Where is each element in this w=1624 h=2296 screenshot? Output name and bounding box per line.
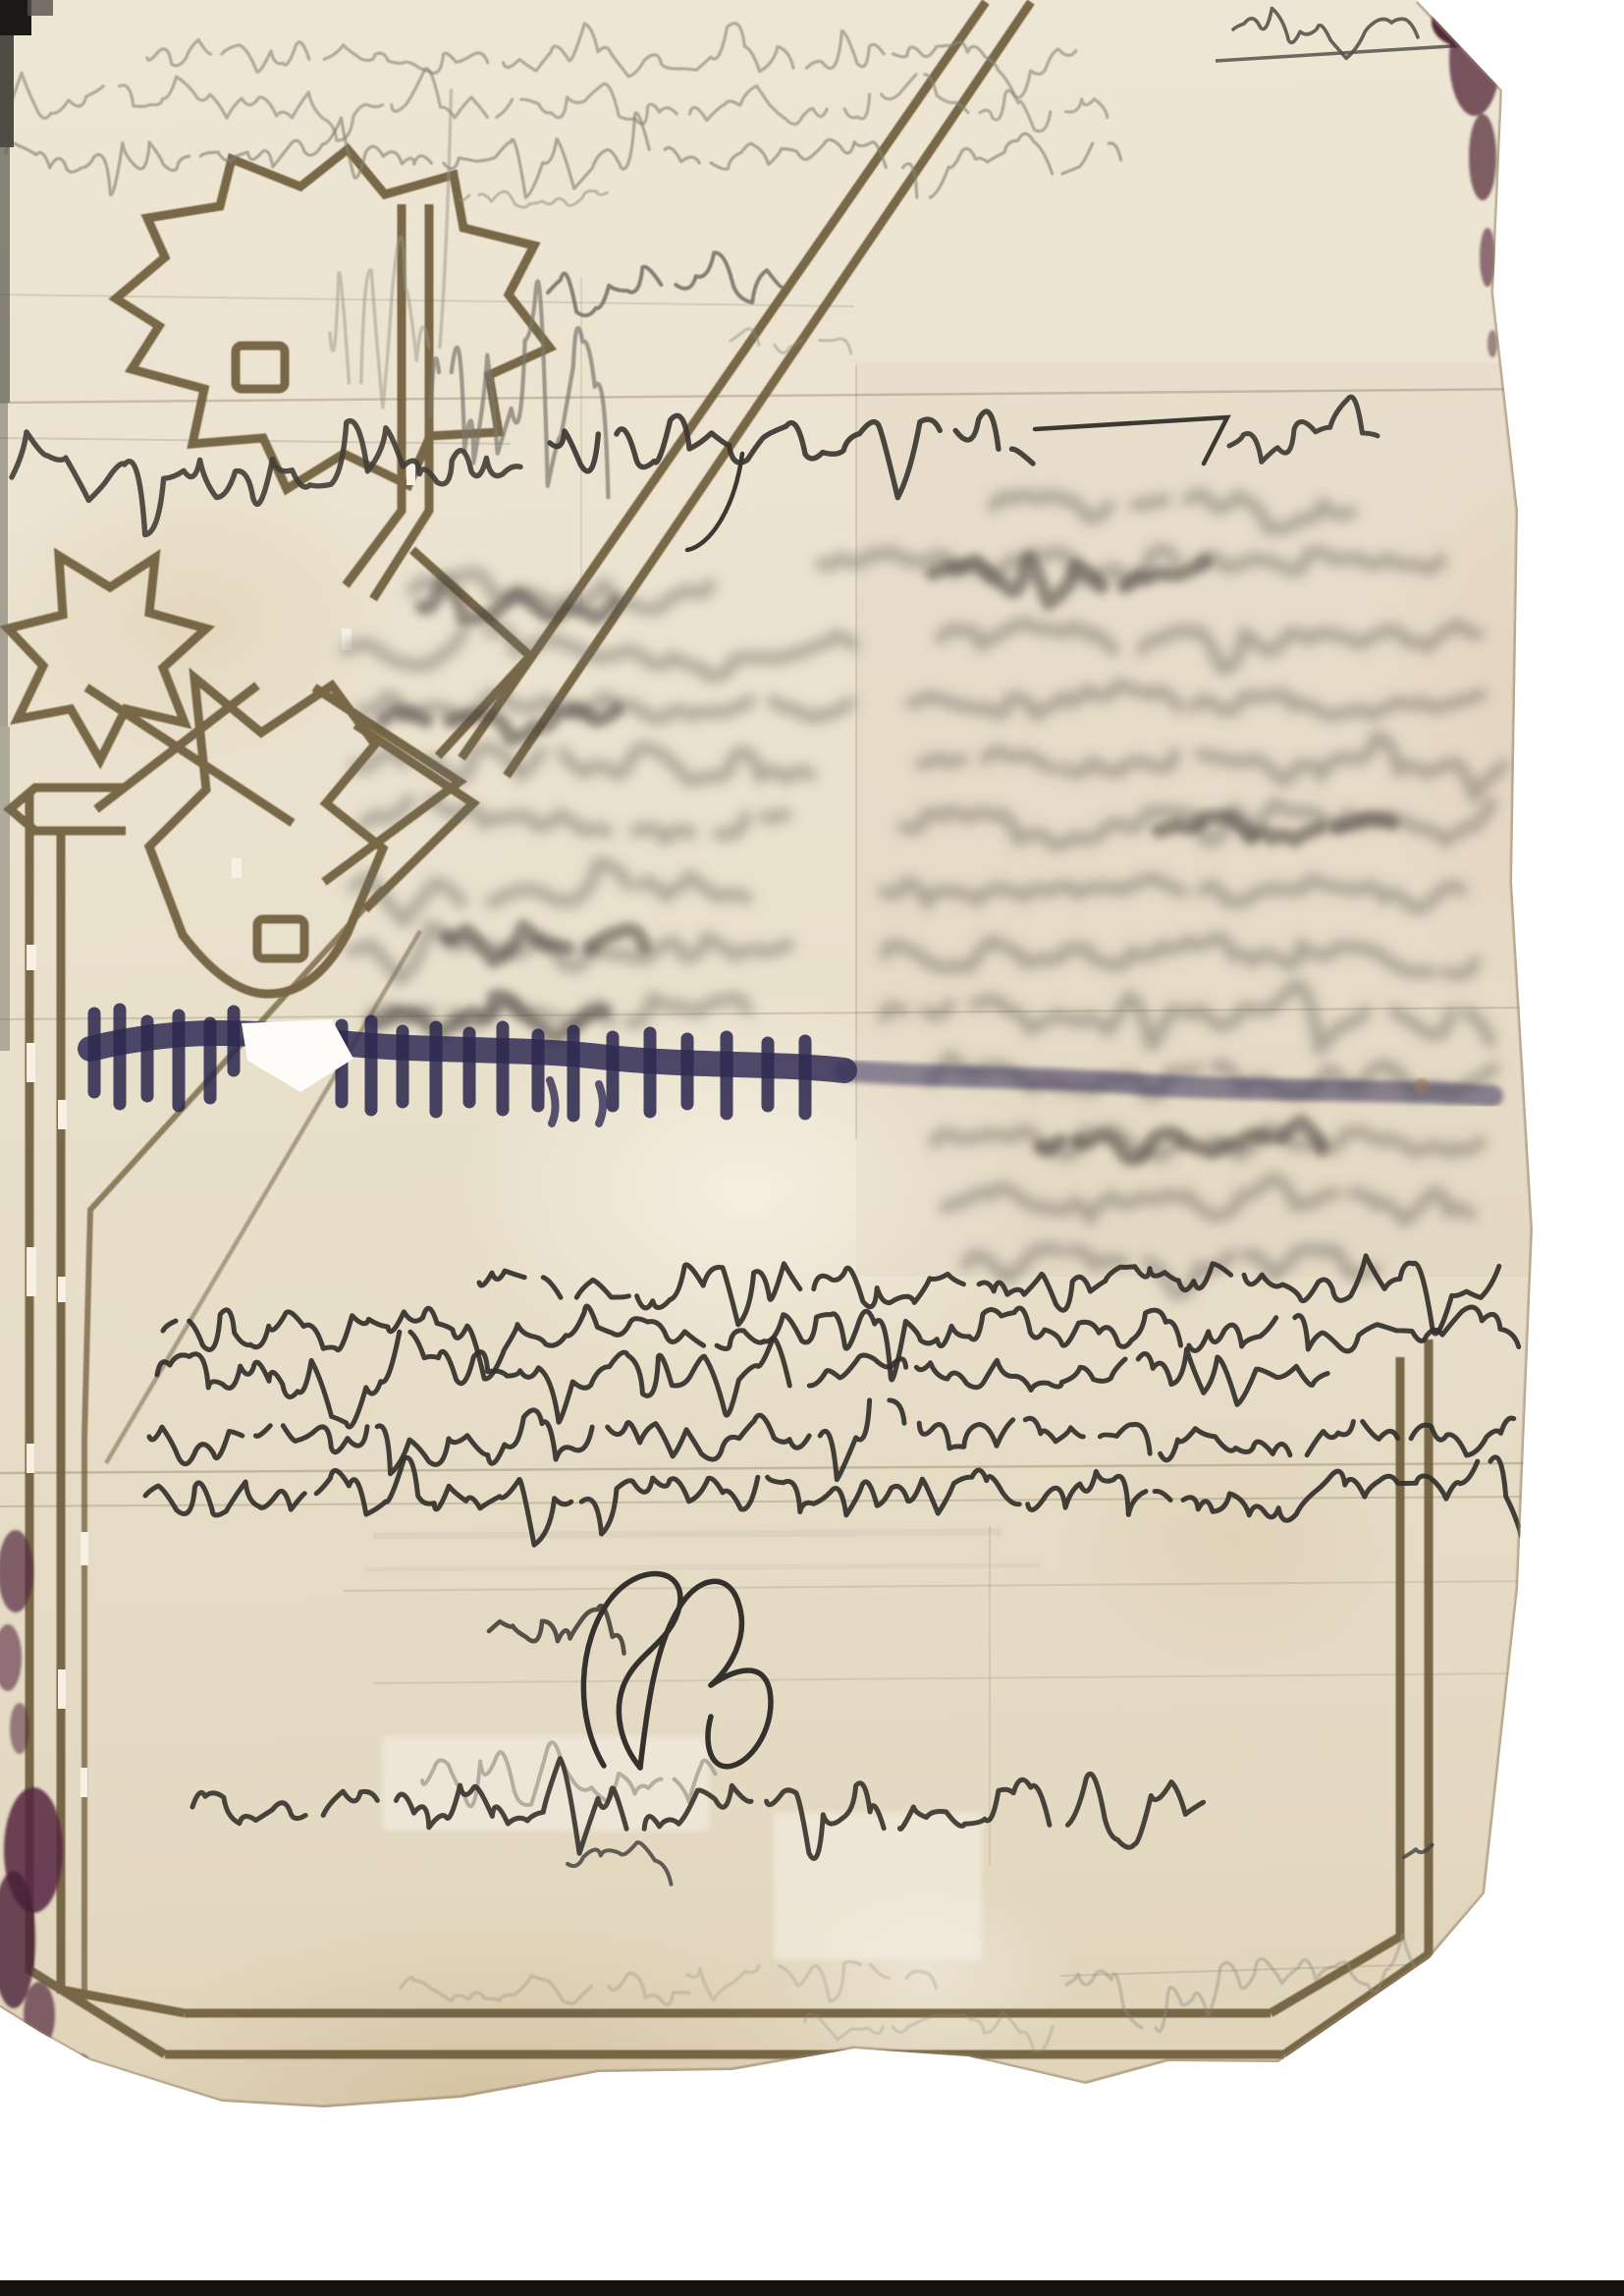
ink-smear-band bbox=[90, 1010, 1492, 1123]
body-line bbox=[163, 1306, 1519, 1380]
scanner-corner-mark bbox=[27, 0, 53, 16]
scan-artwork bbox=[0, 0, 1624, 2296]
scanner-edge-strip bbox=[0, 727, 10, 1051]
blurred-paragraph bbox=[346, 494, 1504, 1293]
ornament-trunk bbox=[346, 204, 429, 599]
scanner-edge-strip bbox=[0, 403, 8, 727]
scanner-bottom-bar bbox=[0, 2280, 1624, 2296]
signature-flourish bbox=[583, 1574, 771, 1768]
ornament-blossom-top bbox=[116, 149, 550, 489]
scanned-letter: Old creased cream-coloured letter sheet,… bbox=[0, 0, 1624, 2296]
ornament-tulip-ring bbox=[257, 919, 304, 958]
scanner-edge-strip bbox=[0, 147, 10, 403]
ink-stains bbox=[0, 0, 1500, 2097]
ornament-blossom-ring bbox=[236, 346, 285, 389]
top-right-underline bbox=[1216, 45, 1467, 61]
ornament-star-leaf bbox=[8, 556, 206, 760]
border-bottom bbox=[165, 2013, 1284, 2054]
faint-bottom-scribbles bbox=[401, 1935, 1527, 2051]
closing-greeting bbox=[422, 1606, 724, 1806]
